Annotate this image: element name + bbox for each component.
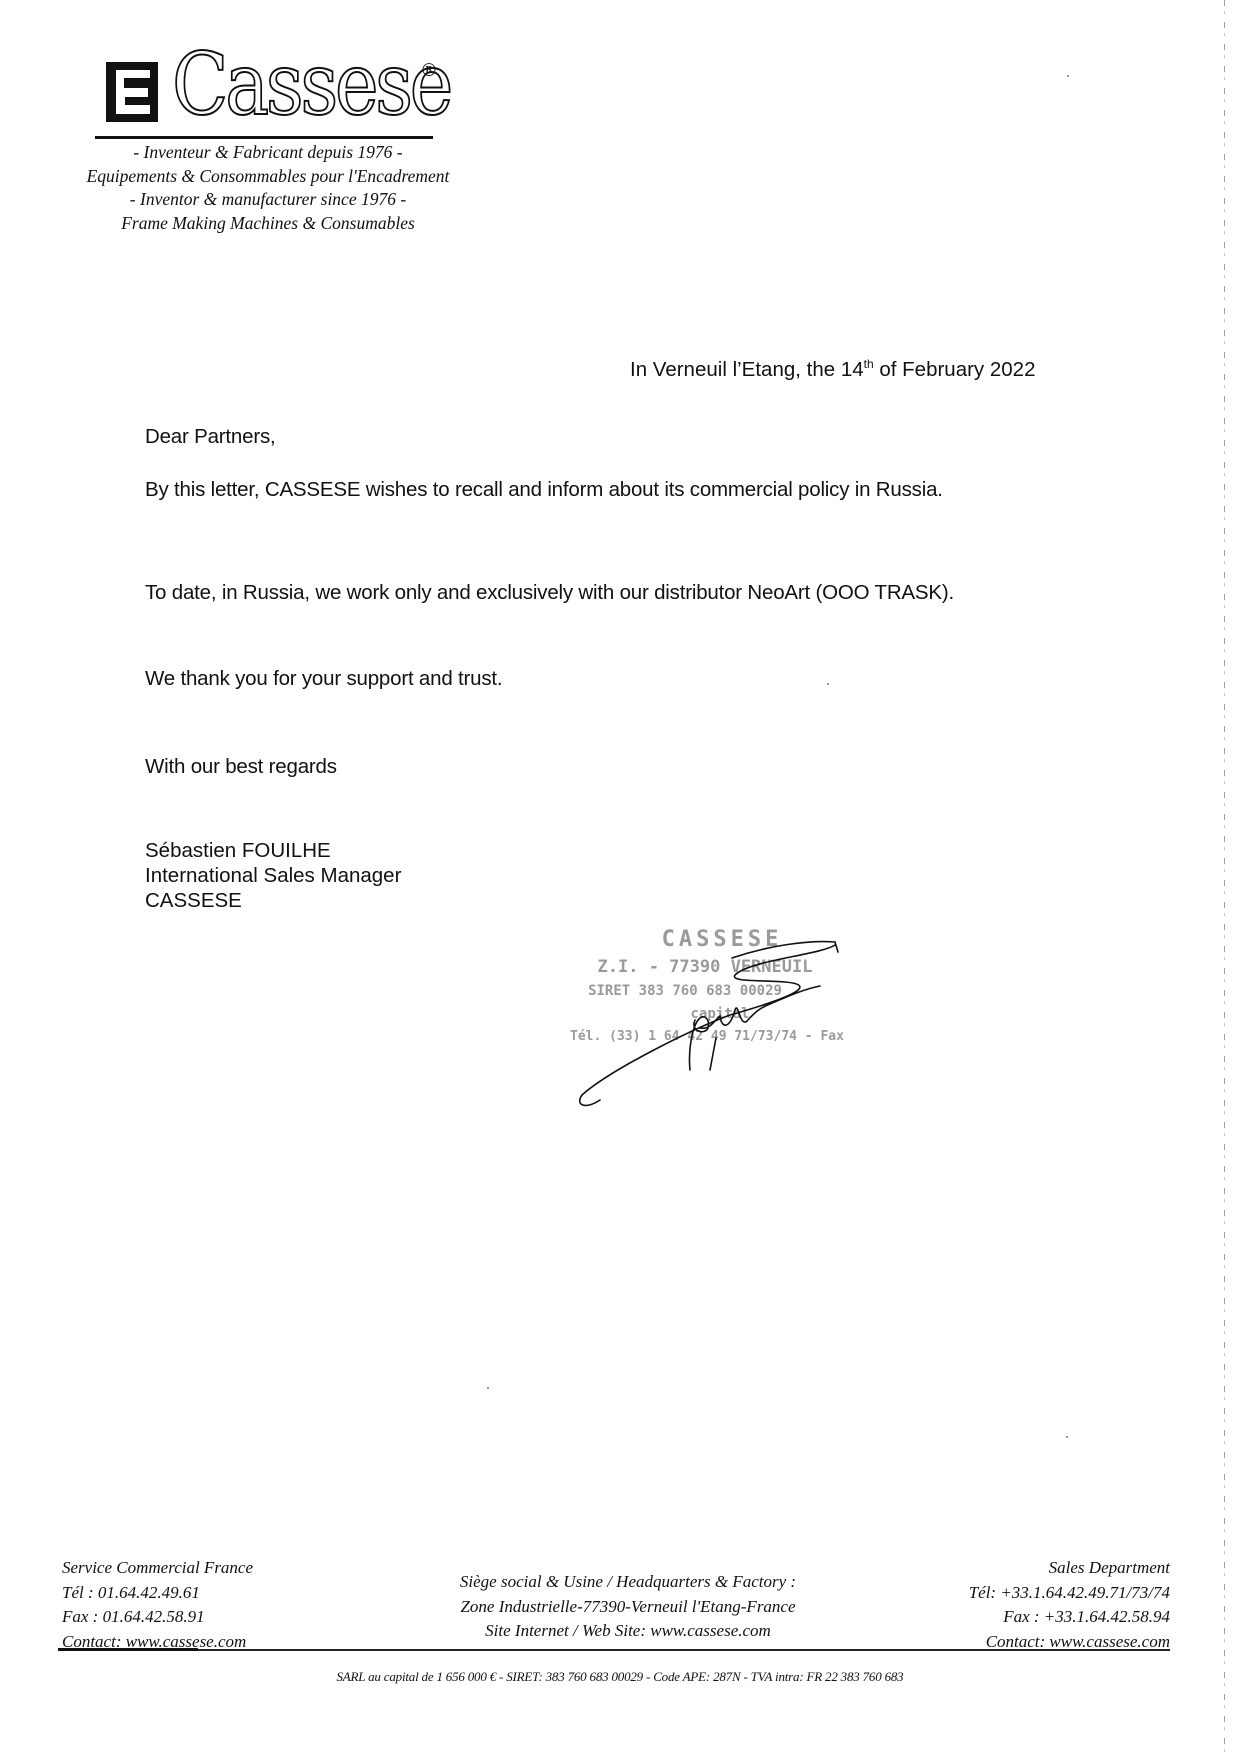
company-tagline: - Inventeur & Fabricant depuis 1976 - Eq… xyxy=(60,141,476,235)
cassese-logo-icon xyxy=(106,62,158,122)
tagline-line: Frame Making Machines & Consumables xyxy=(60,212,476,236)
company-stamp-icon: CASSESE Z.I. - 77390 VERNEUIL SIRET 383 … xyxy=(570,920,910,1120)
tagline-line: Equipements & Consommables pour l'Encadr… xyxy=(60,165,476,189)
letter-date: In Verneuil l’Etang, the 14th of Februar… xyxy=(630,358,1035,382)
date-prefix: In Verneuil l’Etang, the 14 xyxy=(630,358,864,381)
salutation: Dear Partners, xyxy=(145,425,276,449)
scan-speck xyxy=(487,1387,489,1389)
brand-name: Cassese xyxy=(172,42,450,128)
footer-line: Service Commercial France xyxy=(62,1556,253,1581)
footer-address: Zone Industrielle-77390-Verneuil l'Etang… xyxy=(428,1595,828,1620)
footer-legal-info: SARL au capital de 1 656 000 € - SIRET: … xyxy=(0,1669,1240,1685)
signer-company: CASSESE xyxy=(145,888,401,913)
logo-underline xyxy=(95,136,433,139)
footer-headquarters: Siège social & Usine / Headquarters & Fa… xyxy=(428,1570,828,1644)
tagline-line: - Inventeur & Fabricant depuis 1976 - xyxy=(60,141,476,165)
signer-title: International Sales Manager xyxy=(145,863,401,888)
signature-block: Sébastien FOUILHE International Sales Ma… xyxy=(145,838,401,913)
footer-phone: Tél: +33.1.64.42.49.71/73/74 xyxy=(860,1581,1170,1606)
footer-line: Siège social & Usine / Headquarters & Fa… xyxy=(428,1570,828,1595)
scan-speck xyxy=(1067,75,1069,77)
footer-divider-accent xyxy=(58,1648,198,1651)
registered-mark-icon: ® xyxy=(420,60,438,81)
stamp-line: Z.I. - 77390 VERNEUIL xyxy=(598,957,813,977)
stamp-line: SIRET 383 760 683 00029 xyxy=(588,983,782,999)
scan-edge-artifact xyxy=(1224,0,1225,1755)
tagline-line: - Inventor & manufacturer since 1976 - xyxy=(60,188,476,212)
scan-speck xyxy=(827,683,829,685)
footer-fax: Fax : +33.1.64.42.58.94 xyxy=(860,1605,1170,1630)
paragraph-distributor: To date, in Russia, we work only and exc… xyxy=(145,581,954,605)
paragraph-thanks: We thank you for your support and trust. xyxy=(145,667,502,691)
stamp-line: Tél. (33) 1 64 42 49 71/73/74 - Fax xyxy=(570,1029,844,1044)
paragraph-policy: By this letter, CASSESE wishes to recall… xyxy=(145,478,943,502)
signer-name: Sébastien FOUILHE xyxy=(145,838,401,863)
closing: With our best regards xyxy=(145,755,337,779)
date-ordinal: th xyxy=(864,357,874,371)
footer-line: Sales Department xyxy=(860,1556,1170,1581)
footer-website-link[interactable]: Site Internet / Web Site: www.cassese.co… xyxy=(428,1619,828,1644)
footer-service-commercial: Service Commercial France Tél : 01.64.42… xyxy=(62,1556,253,1654)
footer-divider xyxy=(58,1649,1170,1651)
footer-sales-department: Sales Department Tél: +33.1.64.42.49.71/… xyxy=(860,1556,1170,1654)
scan-speck xyxy=(1066,1436,1068,1438)
footer-fax: Fax : 01.64.42.58.91 xyxy=(62,1605,253,1630)
date-rest: of February 2022 xyxy=(874,358,1036,381)
footer-phone: Tél : 01.64.42.49.61 xyxy=(62,1581,253,1606)
